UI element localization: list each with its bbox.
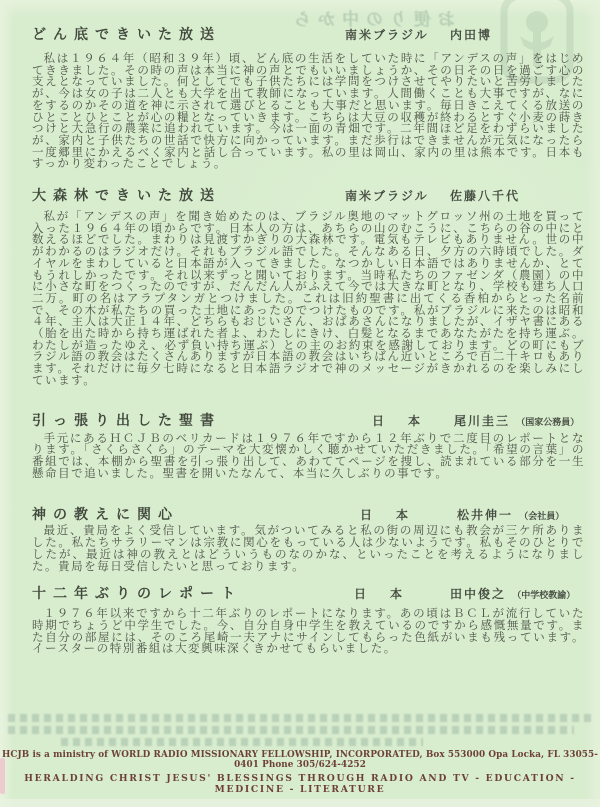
show-through-line — [8, 714, 592, 722]
section-title: どん底できいた放送 — [32, 24, 221, 44]
footer-motto-line: HERALDING CHRIST JESUS' BLESSINGS THROUG… — [0, 773, 600, 795]
letter-text: 私は１９６４年（昭和３９年）頃、どん底の生活をしていた時に「アンデスの声」をはじ… — [32, 53, 585, 170]
scan-bottom-edge — [0, 799, 600, 807]
section-heading-row: どん底できいた放送 南米ブラジル 内田博 — [32, 24, 585, 41]
author-location: 日 本 — [360, 506, 414, 523]
show-through-line — [61, 738, 423, 746]
scanned-newsletter-page: { "page": { "ghost_title": "お便りの中から", "s… — [0, 0, 600, 807]
author-name: 松井伸一 （会社員） — [457, 506, 564, 523]
section-heading-row: 十二年ぶりのレポート 日 本 田中俊之 （中学校教諭） — [32, 583, 585, 600]
letter-text: 手元にあるＨＣＪＢのベリカードは１９７６年ですから１２年ぶりで二度目のレポートと… — [32, 433, 585, 480]
section-title: 大森林できいた放送 — [32, 185, 221, 205]
letter-section-5: 十二年ぶりのレポート 日 本 田中俊之 （中学校教諭） １９７６年以来ですから十… — [32, 583, 585, 655]
letter-section-2: 大森林できいた放送 南米ブラジル 佐藤八千代 私が「アンデスの声」を聞き始めたの… — [32, 185, 585, 387]
letter-text: １９７６年以来ですから十二年ぶりのレポートになります。あの頃はＢＣＬが流行してい… — [32, 608, 585, 655]
author-name: 内田博 — [450, 26, 492, 43]
author-location: 南米ブラジル — [345, 187, 429, 204]
letter-section-3: 引っ張り出した聖書 日 本 尾川圭三 （国家公務員） 手元にあるＨＣＪＢのベリカ… — [32, 410, 585, 480]
letter-text: 私が「アンデスの声」を聞き始めたのは、ブラジル奥地のマットグロッソ州の土地を買っ… — [32, 211, 585, 387]
author-location: 日 本 — [372, 412, 426, 429]
section-title: 神の教えに関心 — [32, 504, 179, 524]
author-name: 佐藤八千代 — [450, 187, 520, 204]
show-through-lines — [8, 714, 592, 750]
author-name: 田中俊之 （中学校教諭） — [450, 585, 575, 602]
author-occupation: （中学校教諭） — [512, 591, 575, 601]
footer-address-line: HCJB is a ministry of WORLD RADIO MISSIO… — [0, 750, 600, 770]
section-title: 十二年ぶりのレポート — [32, 583, 242, 603]
author-occupation: （国家公務員） — [516, 418, 579, 428]
section-title: 引っ張り出した聖書 — [32, 410, 221, 430]
section-heading-row: 引っ張り出した聖書 日 本 尾川圭三 （国家公務員） — [32, 410, 585, 427]
footer: HCJB is a ministry of WORLD RADIO MISSIO… — [0, 750, 600, 795]
section-heading-row: 神の教えに関心 日 本 松井伸一 （会社員） — [32, 504, 585, 521]
author-location: 日 本 — [354, 585, 408, 602]
letter-text: 最近、貴局をよく受信しています。気がついてみると私の街の周辺にも教会が三ケ所あり… — [32, 525, 585, 572]
author-name: 尾川圭三 （国家公務員） — [454, 412, 579, 429]
author-location: 南米ブラジル — [345, 26, 429, 43]
author-occupation: （会社員） — [519, 512, 564, 522]
letter-section-1: どん底できいた放送 南米ブラジル 内田博 私は１９６４年（昭和３９年）頃、どん底… — [32, 24, 585, 170]
letter-section-4: 神の教えに関心 日 本 松井伸一 （会社員） 最近、貴局をよく受信しています。気… — [32, 504, 585, 572]
letters-page-body: どん底できいた放送 南米ブラジル 内田博 私は１９６４年（昭和３９年）頃、どん底… — [0, 0, 600, 655]
section-heading-row: 大森林できいた放送 南米ブラジル 佐藤八千代 — [32, 185, 585, 202]
show-through-line — [8, 726, 574, 734]
